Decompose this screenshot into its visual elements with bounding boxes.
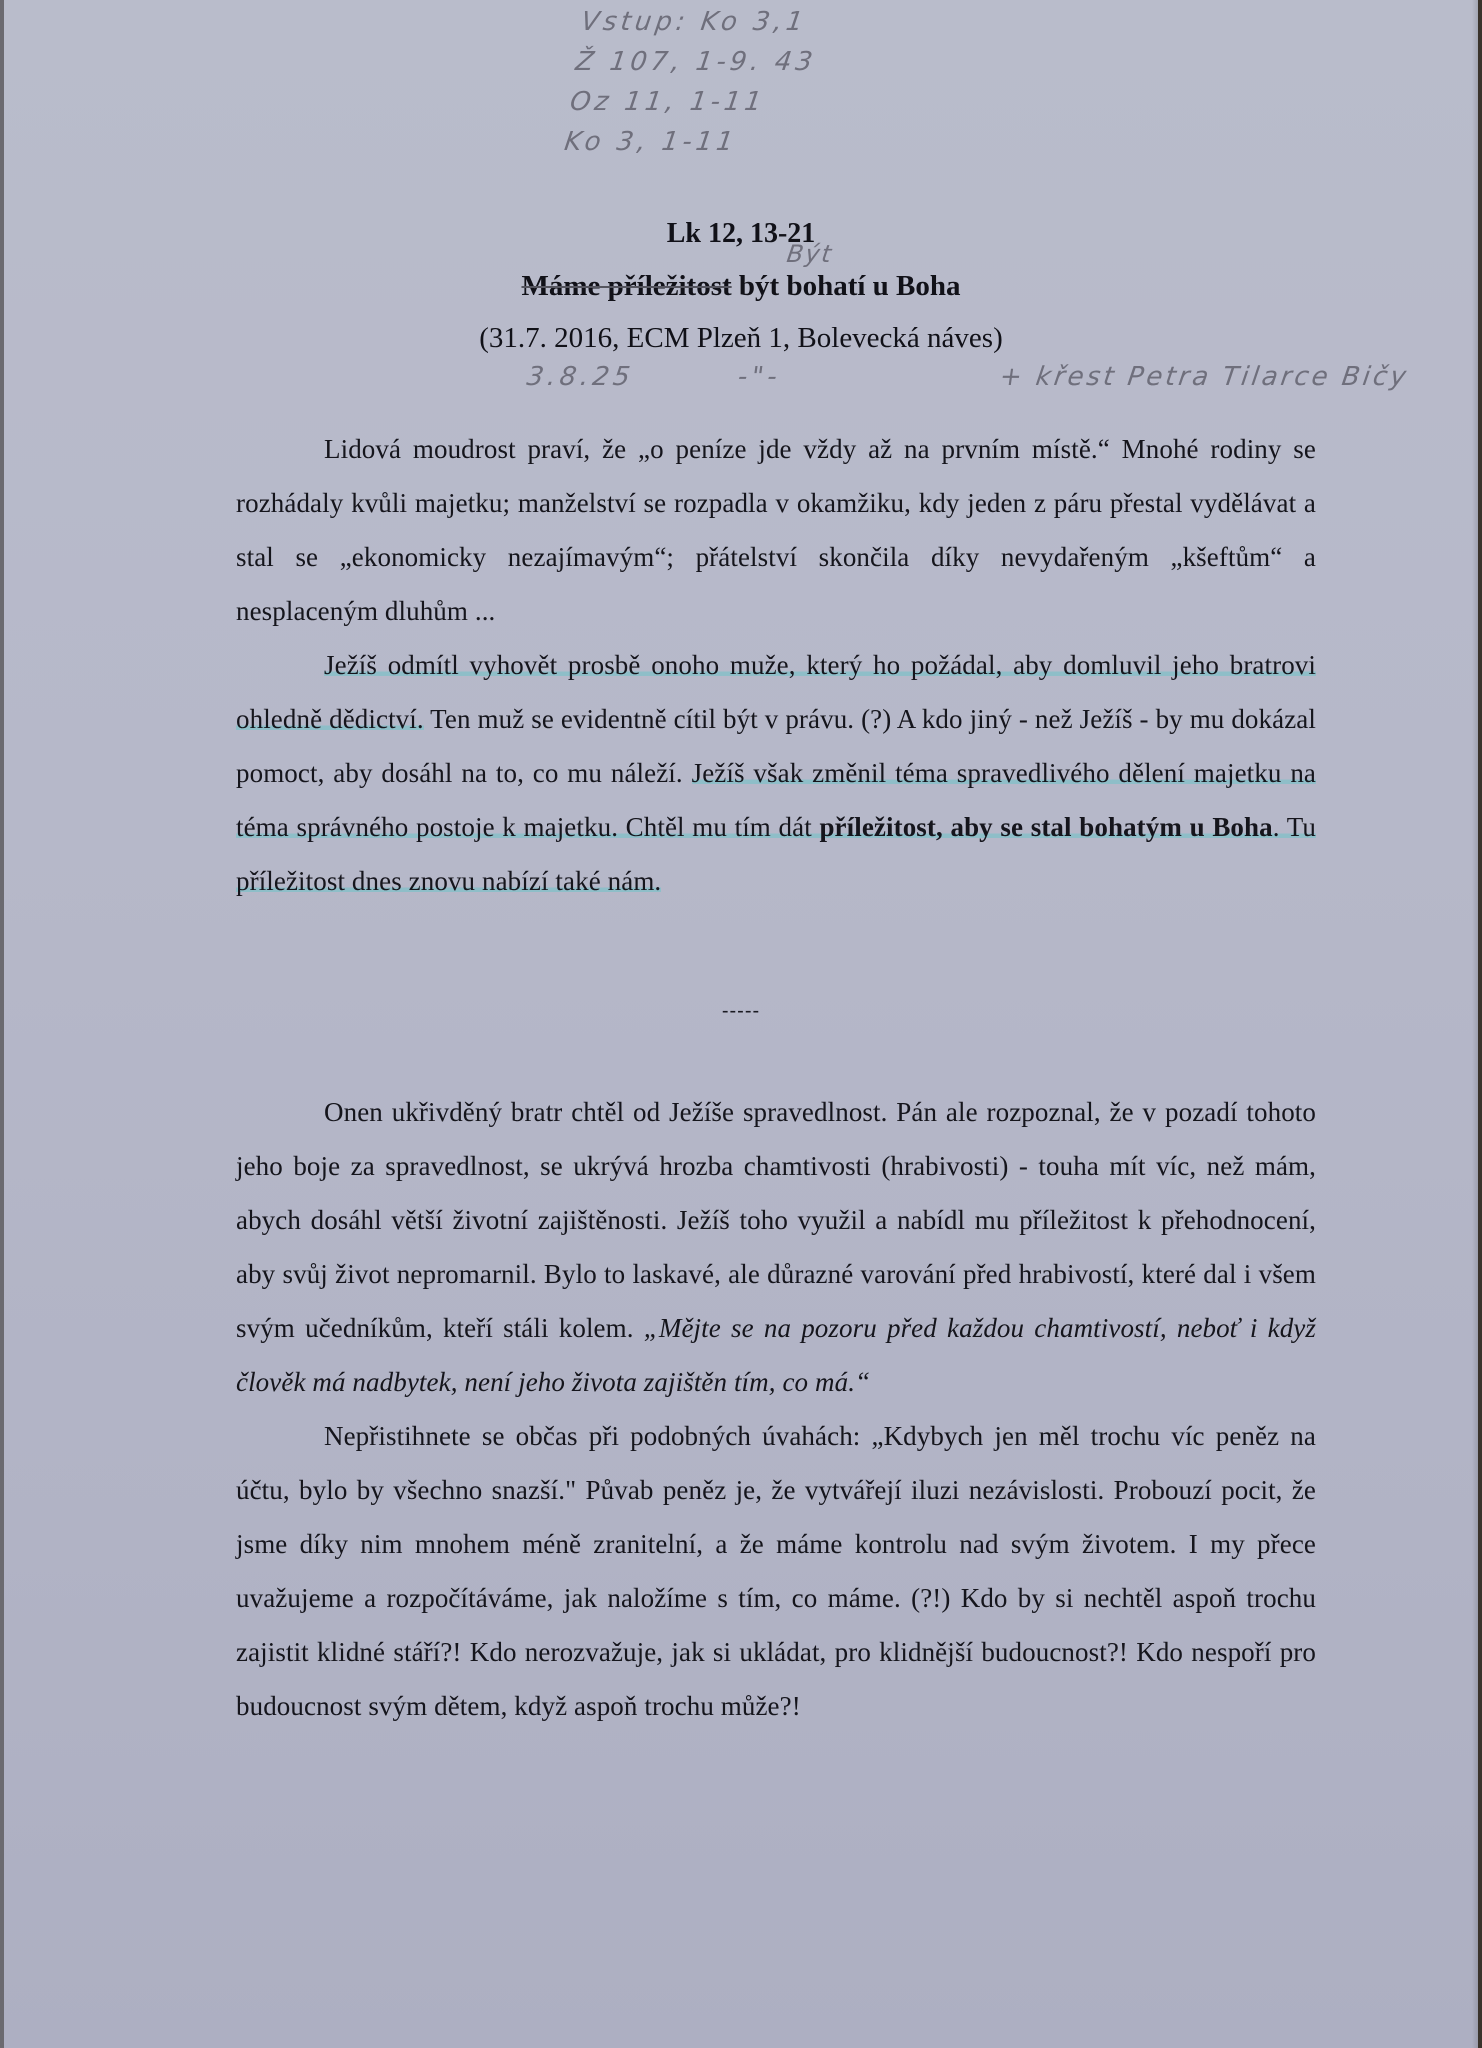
title-rest: být bohatí u Boha [732,270,961,302]
section-separator: ----- [0,1000,1482,1023]
handwritten-title-correction: Být [785,240,835,268]
bible-reference: Lk 12, 13-21 [0,218,1482,250]
intro-section: Lidová moudrost praví, že „o peníze jde … [236,422,1316,908]
handwritten-note-line: Oz 11, 1-11 [567,82,813,122]
handwritten-note-line: Ko 3, 1-11 [562,122,808,162]
handwritten-reading-list: Vstup: Ko 3,1 Ž 107, 1-9. 43 Oz 11, 1-11… [562,2,825,162]
main-section: Onen ukřivděný bratr chtěl od Ježíše spr… [236,1085,1316,1733]
paragraph-money-illusion: Nepřistihnete se občas při podobných úva… [236,1409,1316,1733]
struck-title-part: Máme příležitost [521,270,731,302]
handwritten-note-line: Vstup: Ko 3,1 [579,2,825,42]
paragraph-greed-warning: Onen ukřivděný bratr chtěl od Ježíše spr… [236,1085,1316,1409]
sermon-occasion: (31.7. 2016, ECM Plzeň 1, Bolevecká náve… [0,322,1482,355]
handwritten-baptism-note: + křest Petra Tilarce Bičy [998,362,1411,392]
handwritten-ditto-mark: -"- [736,362,783,392]
paragraph-intro: Lidová moudrost praví, že „o peníze jde … [236,422,1316,638]
sermon-title: Máme příležitost být bohatí u Boha [0,270,1482,303]
document-page: Vstup: Ko 3,1 Ž 107, 1-9. 43 Oz 11, 1-11… [0,0,1478,2048]
handwritten-date-note: 3.8.25 [525,362,636,392]
bold-highlighted-text: příležitost, aby se stal bohatým u Boha [819,812,1272,842]
handwritten-note-line: Ž 107, 1-9. 43 [573,42,819,82]
paragraph-jesus-refused: Ježíš odmítl vyhovět prosbě onoho muže, … [236,638,1316,908]
plain-text: Onen ukřivděný bratr chtěl od Ježíše spr… [236,1097,1316,1343]
